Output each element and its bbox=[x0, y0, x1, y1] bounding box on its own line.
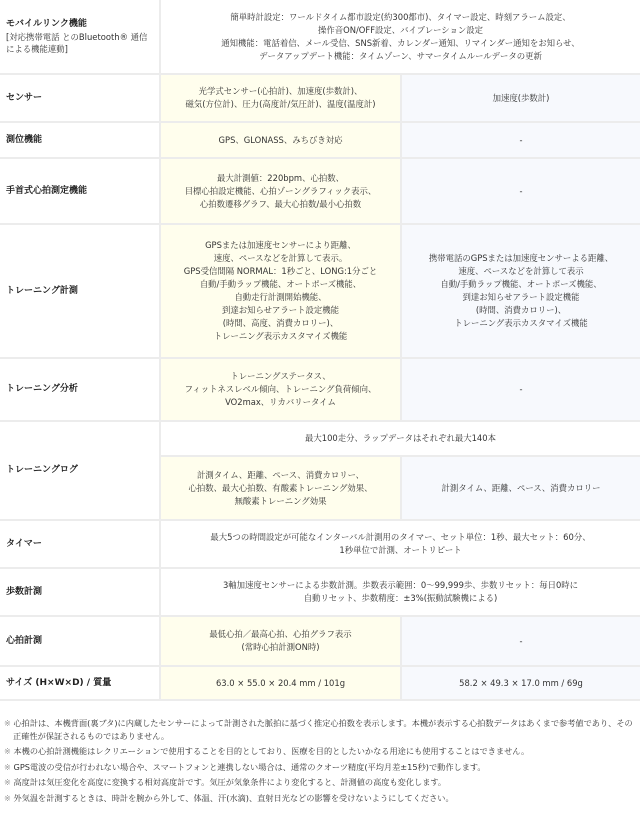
value-line: 速度、ペースなどを計算して表示。 bbox=[165, 252, 396, 265]
value-line: 自動リセット、歩数精度：±3%(振動試験機による) bbox=[165, 592, 636, 605]
spec-label: 心拍計測 bbox=[0, 616, 160, 666]
spec-table: モバイルリンク機能 [対応携帯電話 とのBluetooth® 通信による機能連動… bbox=[0, 0, 640, 701]
spec-value-model-a: 計測タイム、距離、ペース、消費カロリー、 心拍数、最大心拍数、有酸素トレーニング… bbox=[160, 456, 401, 520]
spec-value-model-b: 58.2 × 49.3 × 17.0 mm / 69g bbox=[401, 666, 640, 700]
value-line: 心拍数、最大心拍数、有酸素トレーニング効果、 bbox=[165, 482, 396, 495]
spec-row-heart-rate: 心拍計測 最低心拍／最高心拍、心拍グラフ表示 (常時心拍計測ON時) - bbox=[0, 616, 640, 666]
value-line: - bbox=[406, 134, 636, 147]
spec-row-timer: タイマー 最大5つの時間設定が可能なインターバル計測用のタイマー、セット単位：1… bbox=[0, 520, 640, 568]
footnote-text: GPS電波の受信が行われない場合や、スマートフォンと連携しない場合は、通常のクオ… bbox=[13, 762, 485, 772]
footnote-text: 外気温を計測するときは、時計を腕から外して、体温、汗(水滴)、直射日光などの影響… bbox=[13, 793, 453, 803]
value-line: 到達お知らせアラート設定機能 bbox=[165, 304, 396, 317]
value-line: - bbox=[406, 383, 636, 396]
spec-row-training-measurement: トレーニング計測 GPSまたは加速度センサーにより距離、 速度、ペースなどを計算… bbox=[0, 224, 640, 358]
value-line: 磁気(方位計)、圧力(高度計/気圧計)、温度(温度計) bbox=[165, 98, 396, 111]
value-line: 58.2 × 49.3 × 17.0 mm / 69g bbox=[406, 677, 636, 690]
value-line: (常時心拍計測ON時) bbox=[165, 641, 396, 654]
spec-row-step-count: 歩数計測 3軸加速度センサーによる歩数計測。歩数表示範囲：0〜99,999歩、歩… bbox=[0, 568, 640, 616]
spec-label: トレーニング分析 bbox=[0, 358, 160, 421]
value-line: トレーニング表示カスタマイズ機能 bbox=[165, 330, 396, 343]
value-line: 到達お知らせアラート設定機能 bbox=[406, 291, 636, 304]
spec-row-training-analysis: トレーニング分析 トレーニングステータス、 フィットネスレベル傾向、トレーニング… bbox=[0, 358, 640, 421]
value-line: 自動走行計測開始機能、 bbox=[165, 291, 396, 304]
value-line: - bbox=[406, 185, 636, 198]
note-mark: ※ bbox=[4, 718, 11, 728]
spec-value-model-b: 携帯電話のGPSまたは加速度センサーよる距離、 速度、ペースなどを計算して表示 … bbox=[401, 224, 640, 358]
spec-label: 手首式心拍測定機能 bbox=[0, 158, 160, 224]
value-line: 携帯電話のGPSまたは加速度センサーよる距離、 bbox=[406, 252, 636, 265]
footnote: ※ 本機の心拍計測機能はレクリエーションで使用することを目的としており、医療を目… bbox=[4, 745, 636, 758]
spec-value-model-b: - bbox=[401, 158, 640, 224]
value-line: 操作音ON/OFF設定、バイブレーション設定 bbox=[165, 24, 636, 37]
spec-value-model-a: トレーニングステータス、 フィットネスレベル傾向、トレーニング負荷傾向、 VO2… bbox=[160, 358, 401, 421]
spec-row-mobile-link: モバイルリンク機能 [対応携帯電話 とのBluetooth® 通信による機能連動… bbox=[0, 0, 640, 74]
spec-value-model-b: 加速度(歩数計) bbox=[401, 74, 640, 122]
note-mark: ※ bbox=[4, 793, 11, 803]
spec-label: サイズ (H×W×D) / 質量 bbox=[0, 666, 160, 700]
value-line: GPS受信間隔 NORMAL：1秒ごと、LONG:1分ごと bbox=[165, 265, 396, 278]
value-line: 心拍数遷移グラフ、最大心拍数/最小心拍数 bbox=[165, 198, 396, 211]
value-line: 63.0 × 55.0 × 20.4 mm / 101g bbox=[165, 677, 396, 690]
value-line: 速度、ペースなどを計算して表示 bbox=[406, 265, 636, 278]
value-line: VO2max、リカバリータイム bbox=[165, 396, 396, 409]
footnote-text: 高度計は気圧変化を高度に変換する相対高度計です。気圧が気象条件により変化すると、… bbox=[13, 777, 446, 787]
value-line: GPSまたは加速度センサーにより距離、 bbox=[165, 239, 396, 252]
value-line: データアップデート機能：タイムゾーン、サマータイムルールデータの更新 bbox=[165, 50, 636, 63]
footnote: ※ 外気温を計測するときは、時計を腕から外して、体温、汗(水滴)、直射日光などの… bbox=[4, 792, 636, 805]
spec-label-text: モバイルリンク機能 bbox=[6, 19, 87, 29]
spec-value-model-a: GPS、GLONASS、みちびき対応 bbox=[160, 122, 401, 158]
spec-row-sensor: センサー 光学式センサー(心拍計)、加速度(歩数計)、 磁気(方位計)、圧力(高… bbox=[0, 74, 640, 122]
value-line: (時間、消費カロリー)、 bbox=[406, 304, 636, 317]
spec-value-shared: 簡単時計設定：ワールドタイム都市設定(約300都市)、タイマー設定、時刻アラーム… bbox=[160, 0, 640, 74]
spec-value-model-b: - bbox=[401, 358, 640, 421]
value-line: 目標心拍設定機能、心拍ゾーングラフィック表示、 bbox=[165, 185, 396, 198]
spec-label: トレーニングログ bbox=[0, 421, 160, 520]
spec-value-model-b: 計測タイム、距離、ペース、消費カロリー bbox=[401, 456, 640, 520]
footnote: ※ GPS電波の受信が行われない場合や、スマートフォンと連携しない場合は、通常の… bbox=[4, 761, 636, 774]
value-line: トレーニングステータス、 bbox=[165, 370, 396, 383]
value-line: - bbox=[406, 635, 636, 648]
value-line: 1秒単位で計測、オートリピート bbox=[165, 544, 636, 557]
value-line: 自動/手動ラップ機能、オートポーズ機能、 bbox=[165, 278, 396, 291]
note-mark: ※ bbox=[4, 777, 11, 787]
value-line: トレーニング表示カスタマイズ機能 bbox=[406, 317, 636, 330]
footnote-text: 本機の心拍計測機能はレクリエーションで使用することを目的としており、医療を目的と… bbox=[13, 746, 529, 756]
value-line: (時間、高度、消費カロリー)、 bbox=[165, 317, 396, 330]
spec-value-shared: 最大5つの時間設定が可能なインターバル計測用のタイマー、セット単位：1秒、最大セ… bbox=[160, 520, 640, 568]
note-mark: ※ bbox=[4, 746, 11, 756]
spec-value-model-a: GPSまたは加速度センサーにより距離、 速度、ペースなどを計算して表示。 GPS… bbox=[160, 224, 401, 358]
spec-label: 測位機能 bbox=[0, 122, 160, 158]
value-line: 計測タイム、距離、ペース、消費カロリー bbox=[406, 482, 636, 495]
spec-label: モバイルリンク機能 [対応携帯電話 とのBluetooth® 通信による機能連動… bbox=[0, 0, 160, 74]
spec-label: タイマー bbox=[0, 520, 160, 568]
footnote: ※ 心拍計は、本機背面(裏ブタ)に内蔵したセンサーによって計測された脈拍に基づく… bbox=[4, 717, 636, 742]
value-line: 計測タイム、距離、ペース、消費カロリー、 bbox=[165, 469, 396, 482]
note-mark: ※ bbox=[4, 762, 11, 772]
value-line: 無酸素トレーニング効果 bbox=[165, 495, 396, 508]
value-line: 加速度(歩数計) bbox=[406, 92, 636, 105]
spec-value-model-a: 最低心拍／最高心拍、心拍グラフ表示 (常時心拍計測ON時) bbox=[160, 616, 401, 666]
spec-row-wrist-heart-rate: 手首式心拍測定機能 最大計測値：220bpm、心拍数、 目標心拍設定機能、心拍ゾ… bbox=[0, 158, 640, 224]
value-line: GPS、GLONASS、みちびき対応 bbox=[165, 134, 396, 147]
spec-sublabel: [対応携帯電話 とのBluetooth® 通信による機能連動] bbox=[6, 31, 155, 55]
spec-label: 歩数計測 bbox=[0, 568, 160, 616]
spec-label: センサー bbox=[0, 74, 160, 122]
value-line: 最大5つの時間設定が可能なインターバル計測用のタイマー、セット単位：1秒、最大セ… bbox=[165, 531, 636, 544]
value-line: 通知機能：電話着信、メール受信、SNS新着、カレンダー通知、リマインダー通知をお… bbox=[165, 37, 636, 50]
spec-value-model-b: - bbox=[401, 616, 640, 666]
spec-value-shared: 3軸加速度センサーによる歩数計測。歩数表示範囲：0〜99,999歩、歩数リセット… bbox=[160, 568, 640, 616]
footnote: ※ 高度計は気圧変化を高度に変換する相対高度計です。気圧が気象条件により変化する… bbox=[4, 776, 636, 789]
spec-value-model-a: 最大計測値：220bpm、心拍数、 目標心拍設定機能、心拍ゾーングラフィック表示… bbox=[160, 158, 401, 224]
spec-row-size-weight: サイズ (H×W×D) / 質量 63.0 × 55.0 × 20.4 mm /… bbox=[0, 666, 640, 700]
footnote-text: 心拍計は、本機背面(裏ブタ)に内蔵したセンサーによって計測された脈拍に基づく推定… bbox=[13, 718, 633, 741]
value-line: 簡単時計設定：ワールドタイム都市設定(約300都市)、タイマー設定、時刻アラーム… bbox=[165, 11, 636, 24]
value-line: 光学式センサー(心拍計)、加速度(歩数計)、 bbox=[165, 85, 396, 98]
value-line: 最大100走分、ラップデータはそれぞれ最大140本 bbox=[165, 432, 636, 445]
footnotes: ※ 心拍計は、本機背面(裏ブタ)に内蔵したセンサーによって計測された脈拍に基づく… bbox=[0, 701, 640, 804]
spec-value-shared: 最大100走分、ラップデータはそれぞれ最大140本 bbox=[160, 421, 640, 456]
value-line: 3軸加速度センサーによる歩数計測。歩数表示範囲：0〜99,999歩、歩数リセット… bbox=[165, 579, 636, 592]
spec-value-model-b: - bbox=[401, 122, 640, 158]
value-line: 最大計測値：220bpm、心拍数、 bbox=[165, 172, 396, 185]
spec-label: トレーニング計測 bbox=[0, 224, 160, 358]
value-line: フィットネスレベル傾向、トレーニング負荷傾向、 bbox=[165, 383, 396, 396]
spec-value-model-a: 63.0 × 55.0 × 20.4 mm / 101g bbox=[160, 666, 401, 700]
spec-row-training-log: トレーニングログ 最大100走分、ラップデータはそれぞれ最大140本 bbox=[0, 421, 640, 456]
spec-value-model-a: 光学式センサー(心拍計)、加速度(歩数計)、 磁気(方位計)、圧力(高度計/気圧… bbox=[160, 74, 401, 122]
spec-row-positioning: 測位機能 GPS、GLONASS、みちびき対応 - bbox=[0, 122, 640, 158]
value-line: 自動/手動ラップ機能、オートポーズ機能、 bbox=[406, 278, 636, 291]
value-line: 最低心拍／最高心拍、心拍グラフ表示 bbox=[165, 628, 396, 641]
